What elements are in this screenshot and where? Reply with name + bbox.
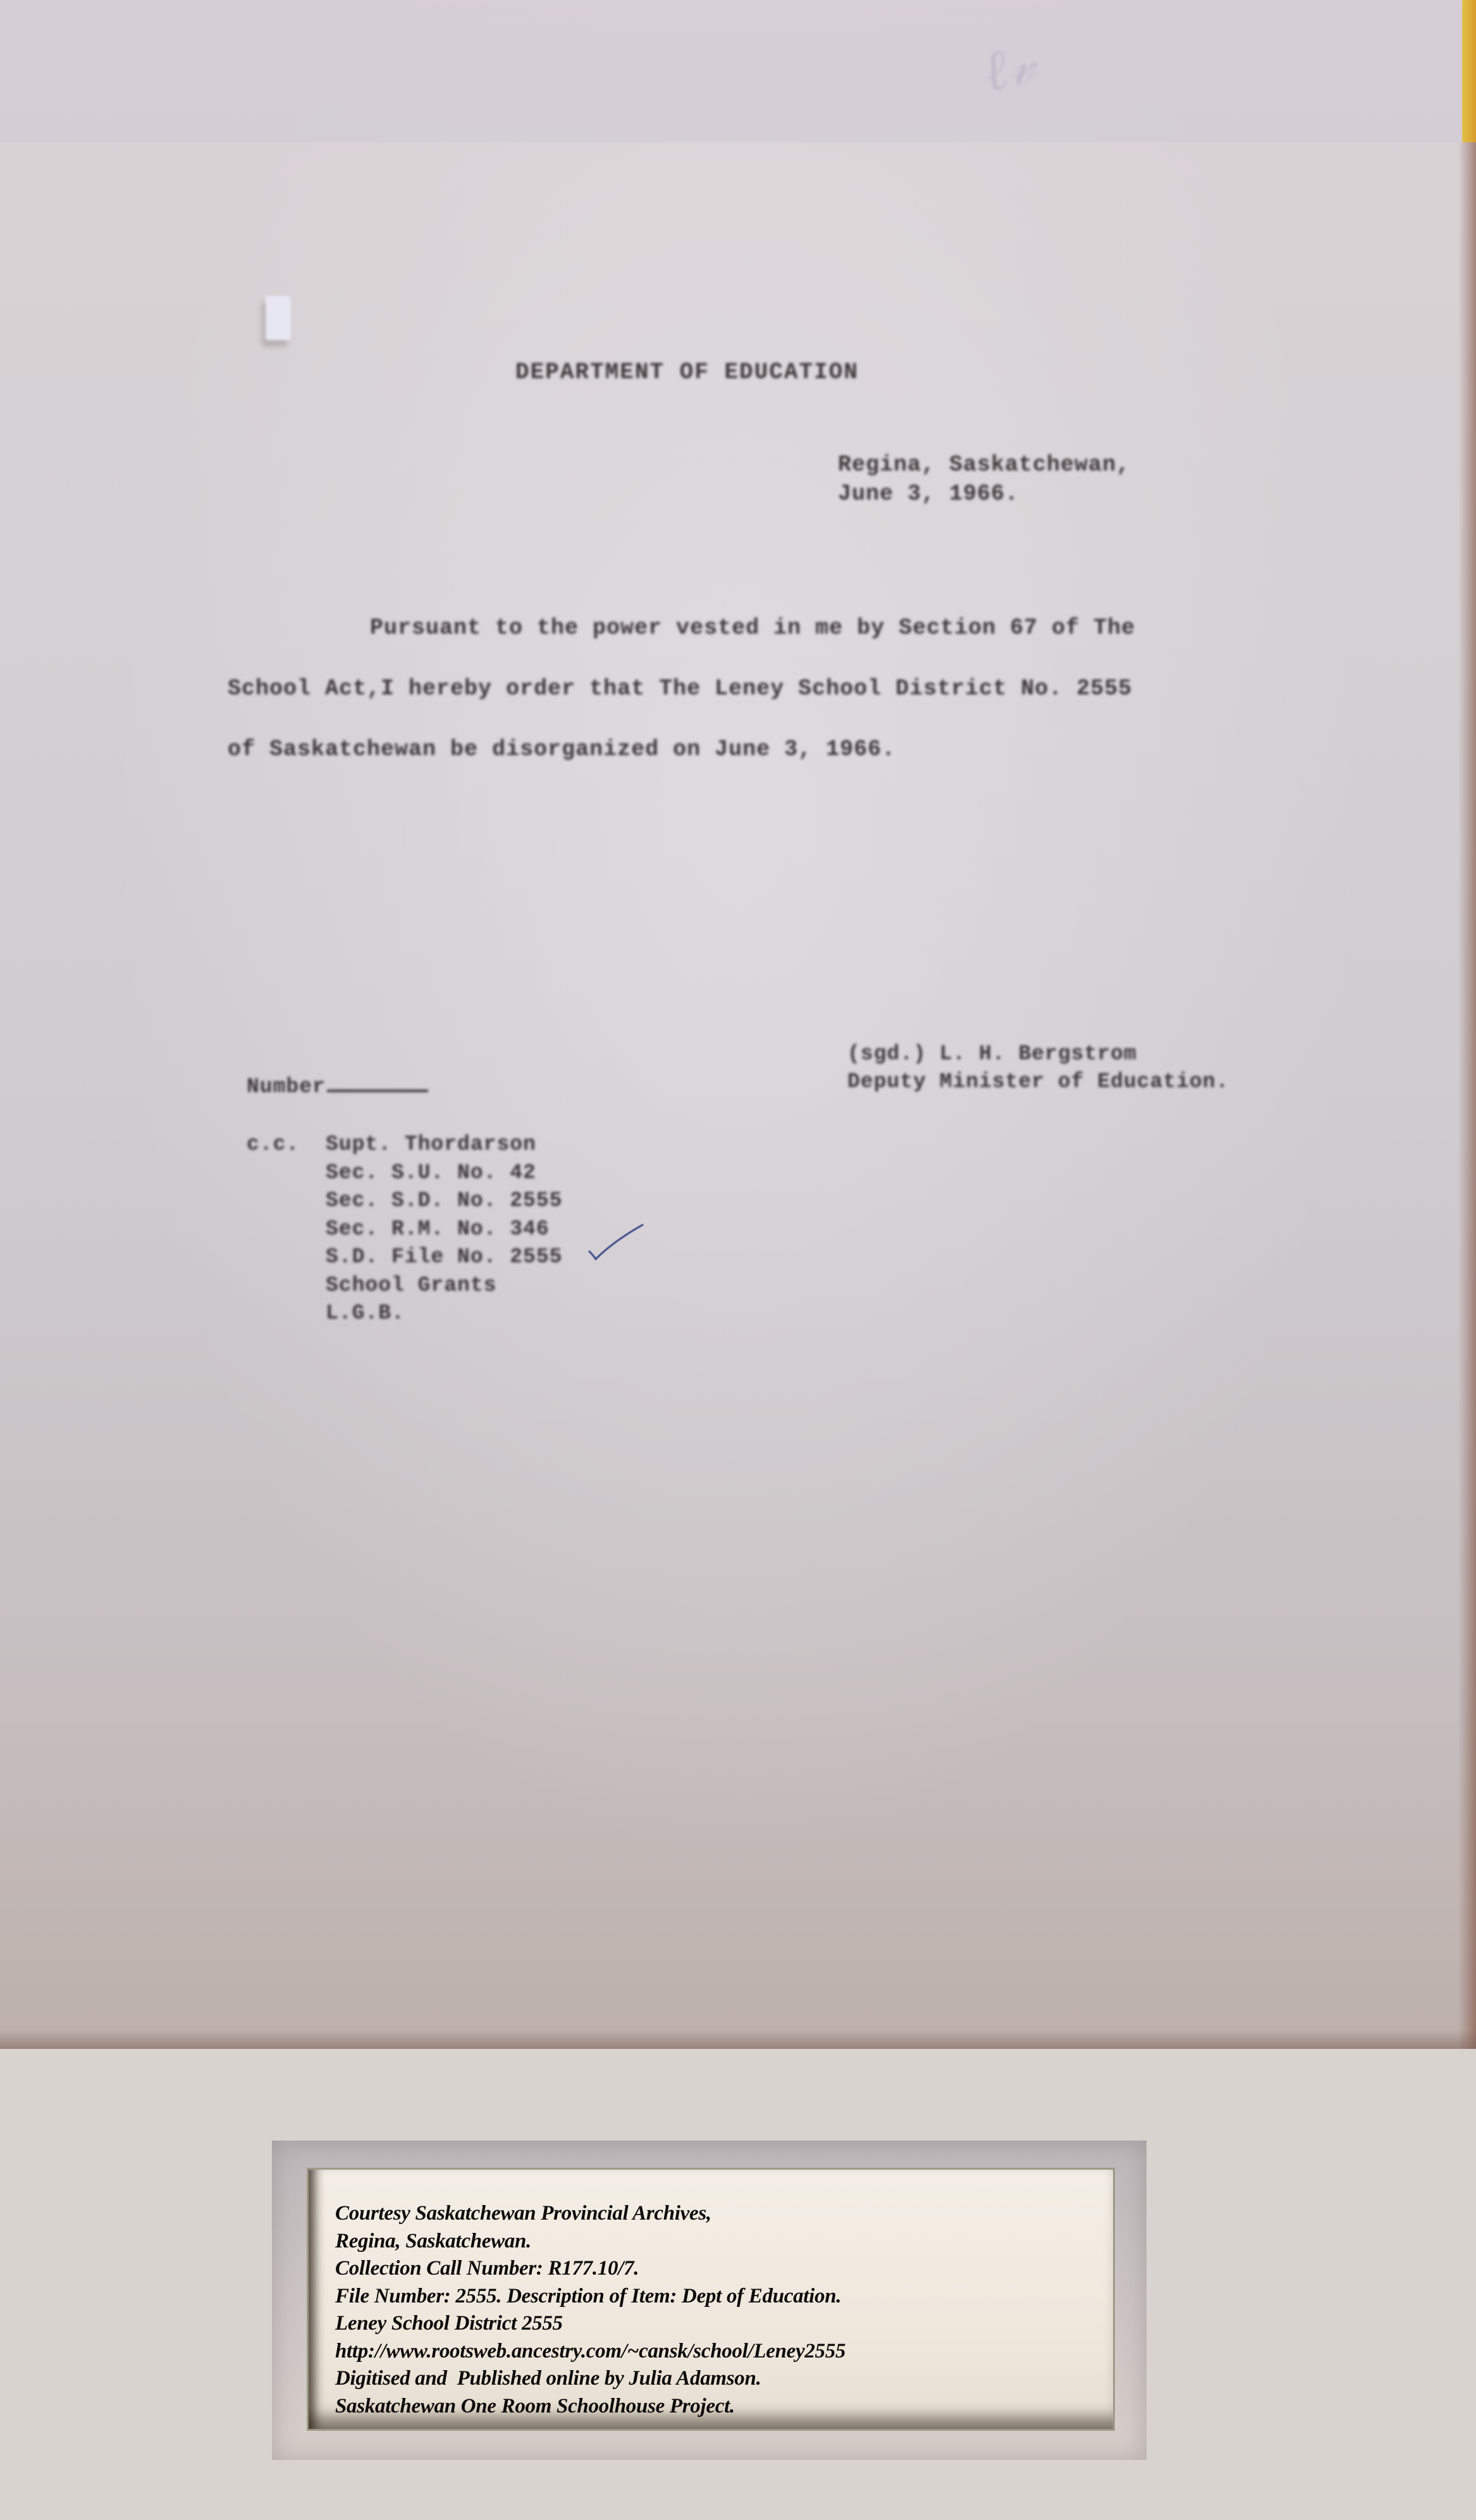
- caption-line-call-number: Collection Call Number: R177.10/7.: [335, 2255, 1113, 2283]
- caption-line-location: Regina, Saskatchewan.: [335, 2228, 1113, 2256]
- signature-title: Deputy Minister of Education.: [847, 1070, 1229, 1093]
- caption-line-district: Leney School District 2555: [335, 2310, 1113, 2338]
- cc-item: School Grants: [326, 1274, 496, 1297]
- checkmark-icon: [588, 1224, 645, 1262]
- caption-line-url: http://www.rootsweb.ancestry.com/~cansk/…: [335, 2338, 1113, 2366]
- paper-bottom-shadow: [0, 2030, 1476, 2049]
- cc-item: Sec. S.D. No. 2555: [326, 1189, 562, 1212]
- document-photo: ℓ𝓋 DEPARTMENT OF EDUCATION Regina, Saska…: [0, 0, 1476, 2049]
- cc-item: Sec. S.U. No. 42: [326, 1161, 536, 1184]
- body-line-1: Pursuant to the power vested in me by Se…: [370, 615, 1135, 641]
- cc-item: Supt. Thordarson: [326, 1133, 536, 1156]
- folder-edge: [1462, 0, 1476, 142]
- caption-line-credit: Digitised and Published online by Julia …: [335, 2365, 1113, 2393]
- place-date-block: Regina, Saskatchewan, June 3, 1966.: [838, 450, 1130, 508]
- cc-item: S.D. File No. 2555: [326, 1245, 562, 1269]
- body-line-3: of Saskatchewan be disorganized on June …: [228, 737, 895, 762]
- number-blank-line: [327, 1090, 428, 1092]
- caption-line-project: Saskatchewan One Room Schoolhouse Projec…: [335, 2393, 1113, 2421]
- date-line: June 3, 1966.: [838, 481, 1019, 507]
- signature-block: (sgd.) L. H. Bergstrom Deputy Minister o…: [847, 1040, 1229, 1096]
- cc-item: Sec. R.M. No. 346: [326, 1217, 550, 1241]
- page-stage: ℓ𝓋 DEPARTMENT OF EDUCATION Regina, Saska…: [0, 0, 1476, 2520]
- cc-item: L.G.B.: [326, 1301, 405, 1325]
- place-line: Regina, Saskatchewan,: [838, 452, 1130, 477]
- number-label: Number: [247, 1075, 326, 1098]
- cc-label: c.c.: [247, 1131, 326, 1159]
- caption-line-courtesy: Courtesy Saskatchewan Provincial Archive…: [335, 2200, 1113, 2228]
- number-field: Number: [247, 1075, 428, 1098]
- staple-hole-icon: [266, 296, 291, 340]
- order-body: Pursuant to the power vested in me by Se…: [228, 598, 1135, 780]
- signature-name: (sgd.) L. H. Bergstrom: [847, 1042, 1137, 1066]
- document-heading: DEPARTMENT OF EDUCATION: [515, 359, 859, 385]
- caption-line-file-number: File Number: 2555. Description of Item: …: [335, 2283, 1113, 2311]
- paper-right-shadow: [1458, 142, 1476, 2049]
- archive-caption: Courtesy Saskatchewan Provincial Archive…: [307, 2168, 1115, 2431]
- cc-list: c.c.Supt. Thordarson Sec. S.U. No. 42 Se…: [247, 1131, 562, 1328]
- body-line-2: School Act,I hereby order that The Leney…: [228, 676, 1132, 701]
